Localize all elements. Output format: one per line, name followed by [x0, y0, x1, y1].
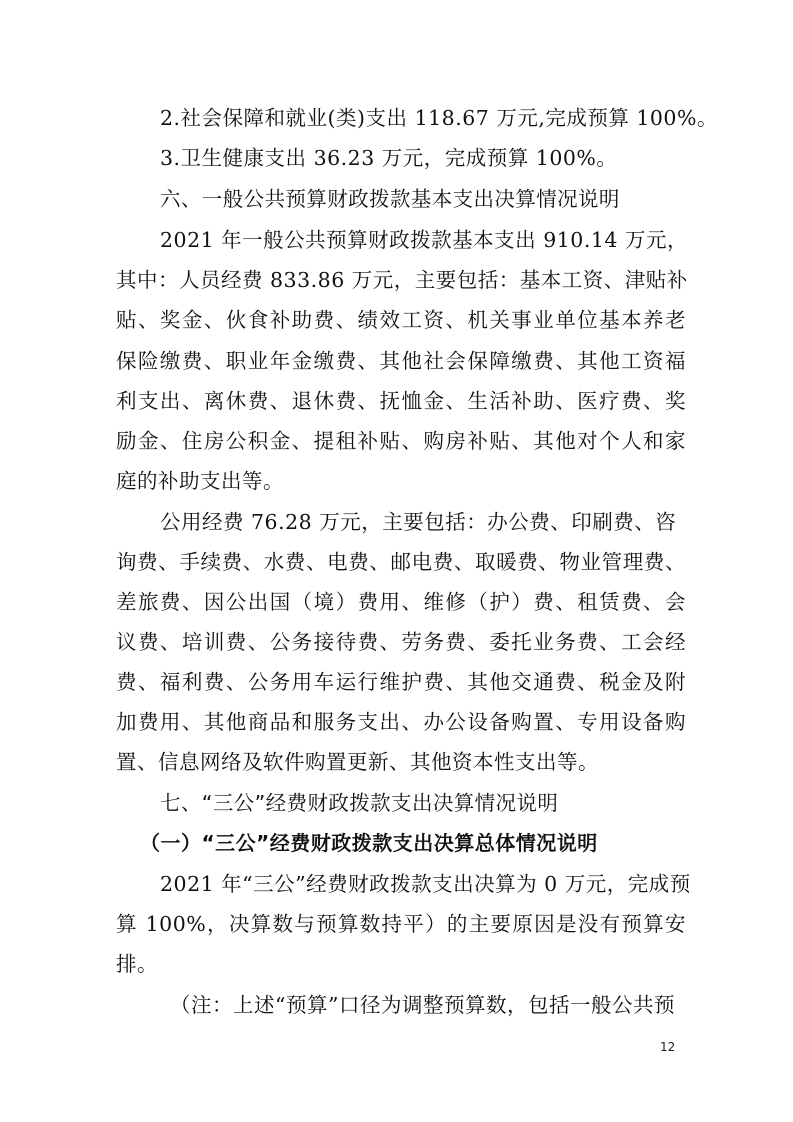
section-heading-7: 七、“三公”经费财政拨款支出决算情况说明	[160, 788, 730, 818]
paragraph-public-expenses: 公用经费 76.28 万元，主要包括：办公费、印刷费、咨	[160, 507, 730, 537]
paragraph-note: （注：上述“预算”口径为调整预算数，包括一般公共预	[170, 990, 740, 1020]
page-number: 12	[660, 1040, 675, 1054]
document-page: 2.社会保障和就业(类)支出 118.67 万元,完成预算 100%。 3.卫生…	[0, 0, 793, 1122]
paragraph-line: 其中：人员经费 833.86 万元，主要包括：基本工资、津贴补	[116, 265, 686, 295]
paragraph-line: 贴、奖金、伙食补助费、绩效工资、机关事业单位基本养老	[116, 305, 686, 335]
paragraph-line: 置、信息网络及软件购置更新、其他资本性支出等。	[116, 747, 686, 777]
paragraph-line: 议费、培训费、公务接待费、劳务费、委托业务费、工会经	[116, 627, 686, 657]
paragraph-line: 费、福利费、公务用车运行维护费、其他交通费、税金及附	[116, 667, 686, 697]
paragraph-line: 排。	[116, 949, 686, 979]
paragraph-line: 保险缴费、职业年金缴费、其他社会保障缴费、其他工资福	[116, 346, 686, 376]
paragraph-line: 询费、手续费、水费、电费、邮电费、取暖费、物业管理费、	[116, 547, 686, 577]
paragraph-line: 算 100%，决算数与预算数持平）的主要原因是没有预算安	[116, 909, 686, 939]
paragraph-line: 利支出、离休费、退休费、抚恤金、生活补助、医疗费、奖	[116, 386, 686, 416]
paragraph-line: 励金、住房公积金、提租补贴、购房补贴、其他对个人和家	[116, 426, 686, 456]
paragraph-basic-expenditure: 2021 年一般公共预算财政拨款基本支出 910.14 万元，	[160, 225, 730, 255]
paragraph-line: 加费用、其他商品和服务支出、办公设备购置、专用设备购	[116, 707, 686, 737]
paragraph-three-public: 2021 年“三公”经费财政拨款支出决算为 0 万元，完成预	[160, 869, 730, 899]
paragraph-social-security: 2.社会保障和就业(类)支出 118.67 万元,完成预算 100%。	[160, 103, 730, 133]
section-heading-6: 六、一般公共预算财政拨款基本支出决算情况说明	[160, 184, 730, 214]
subsection-heading-1: （一）“三公”经费财政拨款支出决算总体情况说明	[140, 828, 710, 858]
paragraph-line: 庭的补助支出等。	[116, 466, 686, 496]
paragraph-line: 差旅费、因公出国（境）费用、维修（护）费、租赁费、会	[116, 587, 686, 617]
paragraph-health: 3.卫生健康支出 36.23 万元，完成预算 100%。	[160, 143, 730, 173]
